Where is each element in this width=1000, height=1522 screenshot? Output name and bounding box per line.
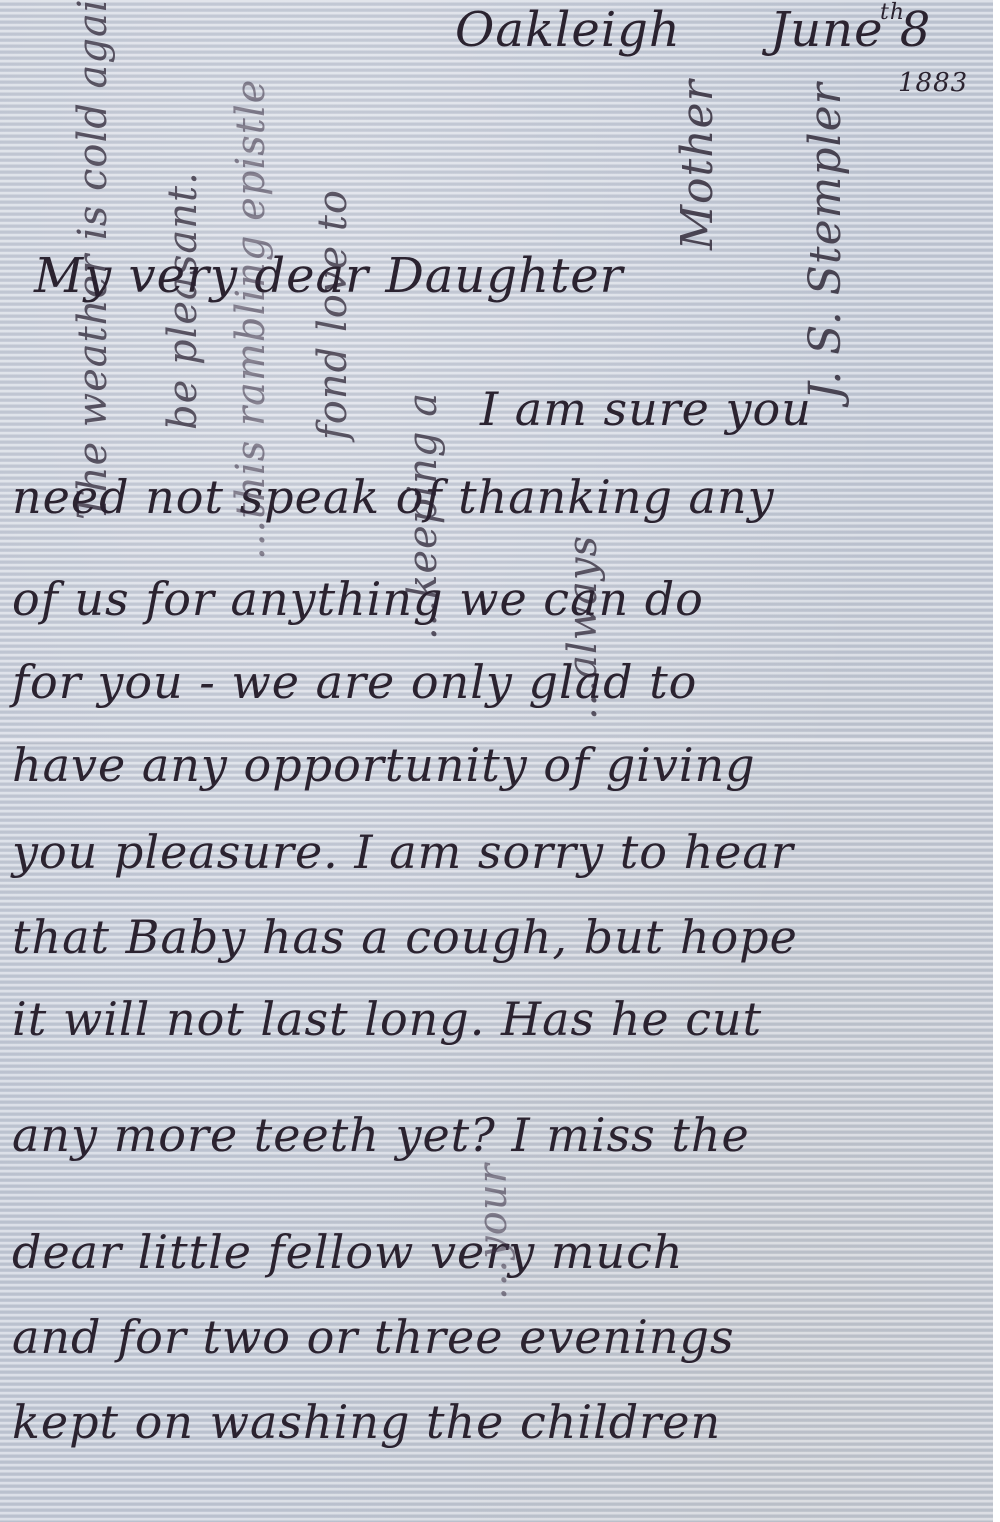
body-line: kept on washing the children xyxy=(12,1395,721,1449)
body-line: and for two or three evenings xyxy=(12,1310,735,1364)
body-line: that Baby has a cough, but hope xyxy=(12,910,798,964)
body-line: have any opportunity of giving xyxy=(12,738,756,792)
body-line: it will not last long. Has he cut xyxy=(12,992,762,1046)
body-line: you pleasure. I am sorry to hear xyxy=(12,825,794,879)
cross-written-column: The weather is cold again xyxy=(70,0,116,520)
cross-written-column: fond love to xyxy=(310,189,356,440)
letter-page: Oakleigh June 8 th 1883 My very dear Dau… xyxy=(0,0,993,1522)
body-line: I am sure you xyxy=(480,382,812,436)
letter-date-suffix: th xyxy=(880,0,905,25)
signature-closing: Mother xyxy=(672,79,723,250)
body-line: any more teeth yet? I miss the xyxy=(12,1108,750,1162)
signature-name: J. S. Stempler xyxy=(800,82,851,400)
letter-place: Oakleigh xyxy=(455,2,681,58)
body-line: need not speak of thanking any xyxy=(12,470,775,524)
cross-written-column: ...always xyxy=(560,535,606,720)
cross-written-column: ...this rambling epistle xyxy=(228,79,274,560)
cross-written-column: ...your xyxy=(470,1163,516,1300)
cross-written-column: ...keeping a xyxy=(400,392,446,640)
cross-written-column: be pleasant. xyxy=(160,171,206,430)
letter-year: 1883 xyxy=(898,68,968,98)
body-line: dear little fellow very much xyxy=(12,1225,683,1279)
letter-date: June 8 xyxy=(770,2,931,58)
